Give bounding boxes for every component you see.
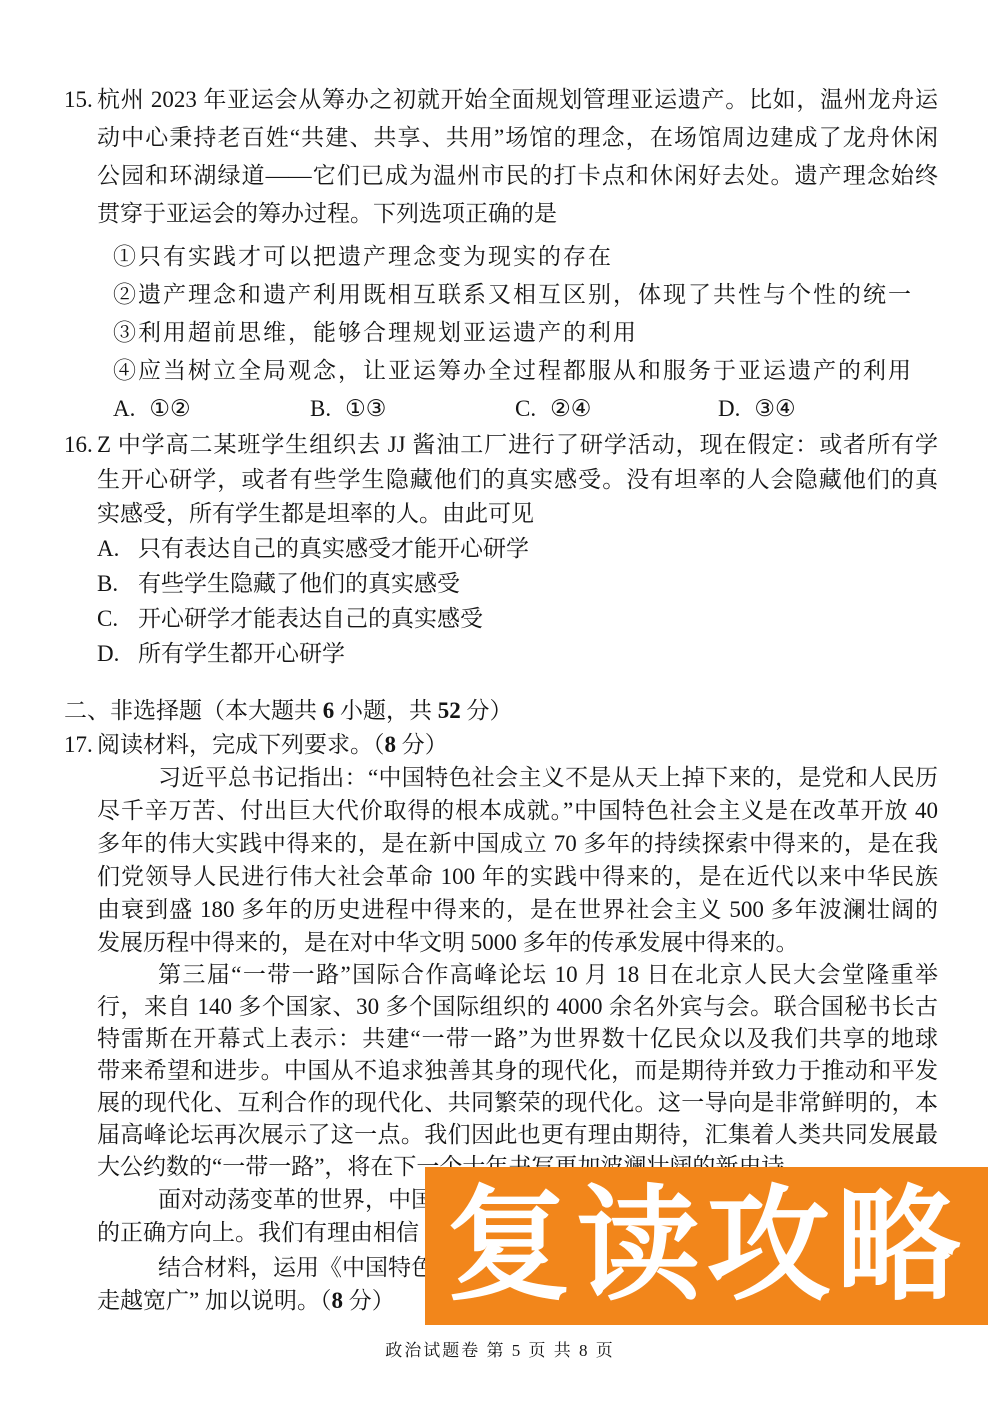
option-label: C.	[97, 605, 138, 634]
q17-score: 8	[385, 732, 397, 757]
q15-item-3: ③利用超前思维，能够合理规划亚运遗产的利用	[113, 319, 638, 348]
q17-para3-line: 面对动荡变革的世界，中国	[158, 1186, 434, 1215]
q17-header-text: 阅读材料，完成下列要求。（	[97, 732, 385, 757]
q15-stem-line: 贯穿于亚运会的筹办过程。下列选项正确的是	[97, 200, 557, 229]
option-text: 只有表达自己的真实感受才能开心研学	[138, 536, 529, 561]
choice-label: B.	[310, 396, 331, 421]
q17-header: 阅读材料，完成下列要求。（8 分）	[97, 731, 448, 760]
choice-value: ①②	[149, 396, 190, 421]
q15-number: 15.	[64, 86, 93, 115]
choice-label: D.	[718, 396, 740, 421]
q17-para4-text: 走越宽广” 加以说明。（	[97, 1288, 331, 1313]
section-total-score: 52	[438, 698, 461, 723]
q17-para2-line: 特雷斯在开幕式上表示：共建“一带一路”为世界数十亿民众以及我们共享的地球	[97, 1025, 938, 1054]
q16-number: 16.	[64, 431, 93, 460]
q17-para4-line: 结合材料，运用《中国特色	[158, 1254, 434, 1283]
watermark-overlay: 复读攻略	[425, 1167, 988, 1325]
q17-para4-score: 8	[331, 1288, 343, 1313]
q17-para2-line: 带来希望和进步。中国从不追求独善其身的现代化，而是期待并致力于推动和平发	[97, 1057, 938, 1086]
q15-item-1: ①只有实践才可以把遗产理念变为现实的存在	[113, 243, 613, 272]
q15-stem-line: 动中心秉持老百姓“共建、共享、共用”场馆的理念，在场馆周边建成了龙舟休闲	[97, 124, 938, 153]
q15-choice-a: A.①②	[113, 395, 191, 424]
q17-para3-line: 的正确方向上。我们有理由相信	[97, 1219, 419, 1248]
watermark-text: 复读攻略	[446, 1184, 966, 1308]
q16-stem-line: 生开心研学，或者有些学生隐藏他们的真实感受。没有坦率的人会隐藏他们的真	[97, 466, 938, 495]
q16-option-a: A.只有表达自己的真实感受才能开心研学	[97, 535, 529, 564]
q16-stem-line: 实感受，所有学生都是坦率的人。由此可见	[97, 500, 534, 529]
q17-para2-line: 第三届“一带一路”国际合作高峰论坛 10 月 18 日在北京人民大会堂隆重举	[158, 961, 938, 990]
choice-label: A.	[113, 396, 135, 421]
q15-stem-line: 公园和环湖绿道——它们已成为温州市民的打卡点和休闲好去处。遗产理念始终	[97, 162, 938, 191]
q17-para1-line: 们党领导人民进行伟大社会革命 100 年的实践中得来的，是在近代以来中华民族	[97, 863, 938, 892]
q15-item-2: ②遗产理念和遗产利用既相互联系又相互区别，体现了共性与个性的统一	[113, 281, 913, 310]
q17-para1-line: 尽千辛万苦、付出巨大代价取得的根本成就。”中国特色社会主义是在改革开放 40	[97, 797, 938, 826]
option-label: B.	[97, 570, 138, 599]
option-label: A.	[97, 535, 138, 564]
choice-value: ①③	[345, 396, 386, 421]
exam-page: 15. 杭州 2023 年亚运会从筹办之初就开始全面规划管理亚运遗产。比如，温州…	[0, 0, 1000, 1412]
q17-para1-line: 发展历程中得来的，是在对中华文明 5000 多年的传承发展中得来的。	[97, 929, 799, 958]
option-text: 开心研学才能表达自己的真实感受	[138, 606, 483, 631]
section-heading-text: 二、非选择题（本大题共	[64, 698, 323, 723]
q17-number: 17.	[64, 731, 93, 760]
q16-option-c: C.开心研学才能表达自己的真实感受	[97, 605, 483, 634]
q15-choice-d: D.③④	[718, 395, 796, 424]
option-text: 有些学生隐藏了他们的真实感受	[138, 571, 460, 596]
q17-para4-text: 分）	[343, 1288, 395, 1313]
section-question-count: 6	[323, 698, 335, 723]
q16-option-d: D.所有学生都开心研学	[97, 640, 345, 669]
section-heading: 二、非选择题（本大题共 6 小题，共 52 分）	[64, 697, 513, 726]
q15-stem-line: 杭州 2023 年亚运会从筹办之初就开始全面规划管理亚运遗产。比如，温州龙舟运	[97, 86, 938, 115]
q17-header-text: 分）	[396, 732, 448, 757]
q17-para2-line: 展的现代化、互利合作的现代化、共同繁荣的现代化。这一导向是非常鲜明的，本	[97, 1089, 938, 1118]
choice-value: ②④	[550, 396, 591, 421]
q15-choice-c: C.②④	[515, 395, 591, 424]
q17-para1-line: 由衰到盛 180 多年的历史进程中得来的，是在世界社会主义 500 多年波澜壮阔…	[97, 896, 938, 925]
choice-label: C.	[515, 396, 536, 421]
choice-value: ③④	[754, 396, 795, 421]
q15-item-4: ④应当树立全局观念，让亚运筹办全过程都服从和服务于亚运遗产的利用	[113, 357, 913, 386]
q16-stem-line: Z 中学高二某班学生组织去 JJ 酱油工厂进行了研学活动，现在假定：或者所有学	[97, 431, 938, 460]
section-heading-text: 分）	[461, 698, 513, 723]
q17-para2-line: 行，来自 140 多个国家、30 多个国际组织的 4000 余名外宾与会。联合国…	[97, 993, 938, 1022]
q16-option-b: B.有些学生隐藏了他们的真实感受	[97, 570, 460, 599]
option-text: 所有学生都开心研学	[138, 641, 345, 666]
option-label: D.	[97, 640, 138, 669]
q15-choice-b: B.①③	[310, 395, 386, 424]
q17-para4-line: 走越宽广” 加以说明。（8 分）	[97, 1287, 395, 1316]
q17-para1-line: 习近平总书记指出：“中国特色社会主义不是从天上掉下来的，是党和人民历	[158, 764, 938, 793]
page-footer: 政治试题卷 第 5 页 共 8 页	[0, 1336, 1000, 1361]
section-heading-text: 小题，共	[334, 698, 438, 723]
q17-para1-line: 多年的伟大实践中得来的，是在新中国成立 70 多年的持续探索中得来的，是在我	[97, 830, 938, 859]
q17-para2-line: 届高峰论坛再次展示了这一点。我们因此也更有理由期待，汇集着人类共同发展最	[97, 1121, 938, 1150]
